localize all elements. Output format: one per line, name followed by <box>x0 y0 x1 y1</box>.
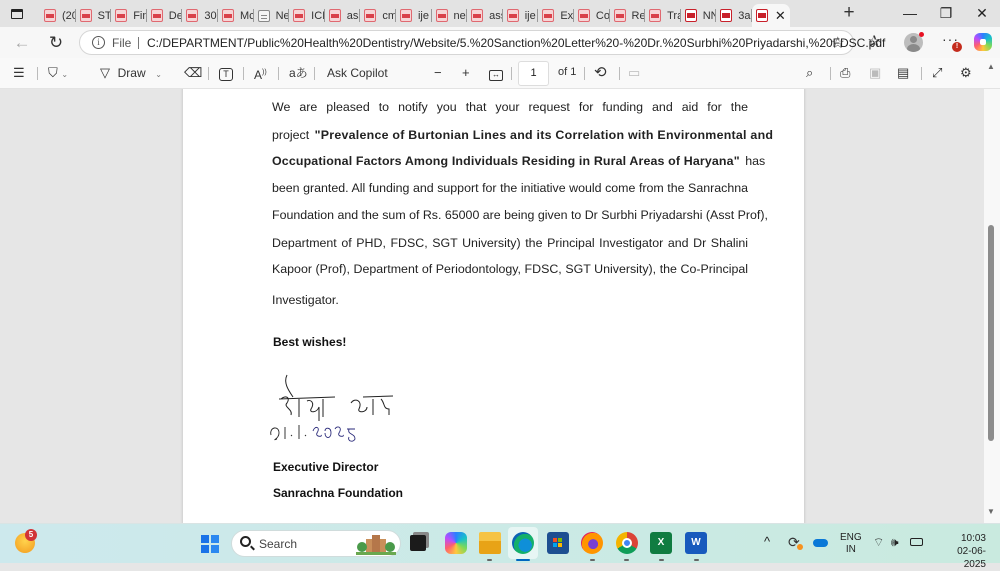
read-aloud-icon[interactable]: A)) <box>254 64 267 82</box>
zoom-in-button[interactable]: + <box>462 64 470 82</box>
pdf-icon <box>80 9 92 22</box>
find-search-icon[interactable]: ⌕ <box>806 64 813 82</box>
settings-gear-icon[interactable]: ⚙ <box>960 64 972 82</box>
draw-button[interactable]: ▽ Draw ⌄ <box>100 64 162 82</box>
browser-tab[interactable]: 30 <box>182 4 218 27</box>
new-tab-button[interactable]: + <box>838 2 860 24</box>
tab-title: ije <box>418 10 429 22</box>
letter-text: has <box>745 154 765 168</box>
tab-title: ije <box>525 10 536 22</box>
toolbar-divider <box>208 67 209 80</box>
back-button[interactable]: ← <box>10 31 34 55</box>
tab-title: Exl <box>560 10 574 22</box>
save-icon[interactable]: ▣ <box>869 64 881 82</box>
zoom-out-button[interactable]: − <box>434 64 442 82</box>
region-code: IN <box>840 544 862 556</box>
toolbar-divider <box>37 67 38 80</box>
closing-text: Best wishes! <box>273 335 346 349</box>
eraser-icon[interactable]: ⌫ <box>184 64 202 82</box>
pdf-icon <box>364 9 376 22</box>
word-icon[interactable]: W <box>685 532 707 554</box>
pdf-toolbar: ☰ ⛉ ⌄ ▽ Draw ⌄ ⌫ T A)) aあ Ask Copilot − … <box>0 58 1000 89</box>
pdf-icon <box>507 9 519 22</box>
browser-tab[interactable]: ICI <box>289 4 325 27</box>
minimize-button[interactable]: — <box>892 0 928 27</box>
tab-title: Mc <box>240 10 254 22</box>
tab-title: (20 <box>62 10 76 22</box>
pdf-icon <box>720 9 732 22</box>
browser-tab[interactable]: Co <box>574 4 610 27</box>
browser-tab[interactable]: De <box>147 4 183 27</box>
battery-charging-icon[interactable] <box>910 538 923 546</box>
clock-time: 10:03 <box>936 532 986 545</box>
save-as-icon[interactable]: ▤ <box>897 64 909 82</box>
page-count: of 1 <box>558 66 576 78</box>
close-window-button[interactable]: ✕ <box>964 0 1000 27</box>
pdf-icon <box>685 9 697 22</box>
handwritten-signature <box>263 369 423 459</box>
browser-tab-active[interactable]: ✕ <box>752 4 790 27</box>
pdf-viewer: We are pleased to notify you that your r… <box>0 89 1000 523</box>
scroll-down-arrow-icon[interactable]: ▼ <box>987 507 995 516</box>
chrome-icon[interactable] <box>616 532 638 554</box>
pdf-icon <box>542 9 554 22</box>
pdf-icon <box>578 9 590 22</box>
print-icon[interactable]: ⎙ <box>840 64 850 82</box>
pdf-icon <box>471 9 483 22</box>
firefox-icon[interactable] <box>581 532 603 554</box>
contents-list-icon[interactable]: ☰ <box>13 64 25 82</box>
active-app-indicator <box>516 559 530 561</box>
browser-tab[interactable]: ije <box>396 4 432 27</box>
highlight-button[interactable]: ⛉ ⌄ <box>48 64 68 82</box>
pdf-icon <box>293 9 305 22</box>
refresh-icon: ↻ <box>49 33 63 52</box>
tab-title: cm <box>382 10 396 22</box>
scrollbar-thumb[interactable] <box>988 225 994 441</box>
language-code: ENG <box>840 532 862 544</box>
taskbar-search-box[interactable]: Search <box>231 530 401 557</box>
volume-icon[interactable]: 🕪 <box>891 535 899 550</box>
page-number-input[interactable]: 1 <box>518 61 549 86</box>
tab-title: 30 <box>204 10 216 22</box>
pdf-icon <box>186 9 198 22</box>
browser-tab[interactable]: cm <box>360 4 396 27</box>
update-badge <box>797 544 803 550</box>
scheme-label: File <box>112 36 131 50</box>
back-arrow-icon: ← <box>14 33 31 52</box>
task-view-icon[interactable] <box>410 535 426 551</box>
toolbar-divider <box>921 67 922 80</box>
tab-title: ass <box>489 10 503 22</box>
navigation-bar: ← ↻ i File C:/DEPARTMENT/Public%20Health… <box>0 27 1000 58</box>
pdf-icon <box>115 9 127 22</box>
pdf-icon <box>436 9 448 22</box>
tab-actions-icon <box>11 9 23 19</box>
tab-title: 3a <box>738 10 750 22</box>
pdf-page: We are pleased to notify you that your r… <box>183 89 804 523</box>
letter-line: project "Prevalence of Burtonian Lines a… <box>272 128 748 142</box>
search-highlight-illustration-icon <box>356 533 396 555</box>
running-indicator <box>590 559 595 561</box>
pdf-icon <box>329 9 341 22</box>
site-info-icon[interactable]: i <box>92 36 105 49</box>
text-box-icon[interactable]: T <box>219 64 233 82</box>
webpage-icon <box>258 10 270 22</box>
browser-tab[interactable]: 3a <box>716 4 752 27</box>
tab-title: Re <box>632 10 646 22</box>
letter-line: Department of PHD, FDSC, SGT University)… <box>272 236 748 250</box>
url-text[interactable]: C:/DEPARTMENT/Public%20Health%20Dentistr… <box>147 36 885 50</box>
restore-button[interactable]: ❐ <box>928 0 964 27</box>
tab-title: ICI <box>311 10 325 22</box>
address-divider <box>138 37 139 49</box>
tab-title: ass <box>347 10 361 22</box>
pdf-icon <box>649 9 661 22</box>
microsoft-store-icon[interactable] <box>547 532 569 554</box>
weather-notification-badge: 5 <box>25 529 37 541</box>
browser-tab[interactable]: (20 <box>40 4 76 27</box>
pdf-icon <box>614 9 626 22</box>
signatory-title: Executive Director <box>273 460 378 474</box>
letter-line: Occupational Factors Among Individuals R… <box>272 154 748 168</box>
running-indicator <box>624 559 629 561</box>
pdf-icon <box>756 9 768 22</box>
letter-line: We are pleased to notify you that your r… <box>272 100 748 114</box>
tab-title: De <box>169 10 183 22</box>
toolbar-divider <box>584 67 585 80</box>
signatory-organization: Sanrachna Foundation <box>273 486 403 500</box>
browser-tab[interactable]: ass <box>467 4 503 27</box>
file-explorer-icon[interactable] <box>479 532 501 554</box>
tab-title: Ne <box>276 10 290 22</box>
letter-line: Investigator. <box>272 293 748 307</box>
refresh-button[interactable]: ↻ <box>44 31 68 55</box>
profile-notification-dot <box>919 32 924 37</box>
clock-date: 02-06-2025 <box>936 545 986 563</box>
toolbar-divider <box>830 67 831 80</box>
scroll-up-arrow-icon[interactable]: ▲ <box>987 62 995 71</box>
browser-tab[interactable]: ST! <box>76 4 112 27</box>
letter-line: Foundation and the sum of Rs. 65000 are … <box>272 208 748 222</box>
highlighter-icon: ⛉ <box>48 65 58 80</box>
browser-tab[interactable]: NN <box>681 4 717 27</box>
vertical-scrollbar[interactable]: ▼ <box>984 89 1000 523</box>
pen-icon: ▽ <box>100 65 110 80</box>
start-windows-icon[interactable] <box>201 535 219 553</box>
letter-line: Kapoor (Prof), Department of Periodontol… <box>272 262 748 276</box>
ask-copilot-button[interactable]: Ask Copilot <box>327 64 388 82</box>
browser-tab[interactable]: ass <box>325 4 361 27</box>
tab-title: NN <box>703 10 717 22</box>
running-indicator <box>659 559 664 561</box>
toolbar-divider <box>511 67 512 80</box>
tab-title: Co <box>596 10 610 22</box>
copilot-taskbar-icon[interactable] <box>445 532 467 554</box>
rotate-icon[interactable]: ⟲ <box>594 64 607 82</box>
onedrive-cloud-icon[interactable] <box>813 539 828 547</box>
pdf-icon <box>222 9 234 22</box>
tab-title: ST! <box>98 10 112 22</box>
browser-tab[interactable]: Tra <box>645 4 681 27</box>
clock[interactable]: 10:03 02-06-2025 <box>936 532 986 563</box>
copilot-icon[interactable] <box>974 33 992 51</box>
address-bar[interactable]: i File C:/DEPARTMENT/Public%20Health%20D… <box>79 30 854 55</box>
show-hidden-icons-chevron-icon[interactable]: ^ <box>764 534 770 549</box>
tab-actions-button[interactable] <box>8 5 26 23</box>
browser-tab[interactable]: ije <box>503 4 539 27</box>
letter-text: project <box>272 128 309 142</box>
tab-title: Tra <box>667 10 681 22</box>
browser-tab[interactable]: Fin <box>111 4 147 27</box>
wifi-icon[interactable]: ⌔ <box>873 535 884 550</box>
search-placeholder: Search <box>259 537 297 551</box>
running-indicator <box>487 559 492 561</box>
project-title: "Prevalence of Burtonian Lines and its C… <box>315 128 774 142</box>
running-indicator <box>694 559 699 561</box>
windows-taskbar: 5 Search X W ^ ⟳ <box>0 523 1000 563</box>
letter-line: been granted. All funding and support fo… <box>272 181 748 195</box>
more-badge: ! <box>952 42 962 52</box>
browser-tab-strip: (20ST!FinDe30McNeICIasscmijeneassijeExlC… <box>0 0 1000 27</box>
translate-icon[interactable]: aあ <box>289 64 308 82</box>
excel-icon[interactable]: X <box>650 532 672 554</box>
toolbar-divider <box>243 67 244 80</box>
tab-title: Fin <box>133 10 147 22</box>
edge-browser-icon[interactable] <box>512 532 534 554</box>
favorites-icon[interactable]: ✰ <box>868 32 881 50</box>
draw-label: Draw <box>118 66 146 80</box>
chevron-down-icon: ⌄ <box>61 70 68 79</box>
tab-list: (20ST!FinDe30McNeICIasscmijeneassijeExlC… <box>40 2 790 27</box>
pdf-icon <box>151 9 163 22</box>
browser-tab[interactable]: Ne <box>254 4 290 27</box>
tab-title: ne <box>454 10 466 22</box>
chevron-down-icon: ⌄ <box>155 70 162 79</box>
browser-tab[interactable]: Mc <box>218 4 254 27</box>
page-view-icon[interactable]: ▭ <box>628 64 640 82</box>
fullscreen-icon[interactable]: ⤢ <box>932 64 942 82</box>
add-favorite-star-icon[interactable]: ☆ <box>831 33 845 53</box>
browser-tab[interactable]: Exl <box>538 4 574 27</box>
browser-tab[interactable]: Re <box>610 4 646 27</box>
pdf-icon <box>44 9 56 22</box>
language-indicator[interactable]: ENG IN <box>840 532 862 556</box>
pdf-icon <box>400 9 412 22</box>
toolbar-divider <box>314 67 315 80</box>
toolbar-divider <box>619 67 620 80</box>
toolbar-divider <box>278 67 279 80</box>
browser-tab[interactable]: ne <box>432 4 468 27</box>
close-tab-icon[interactable]: ✕ <box>775 8 786 24</box>
fit-to-width-icon[interactable]: ↔ <box>489 64 503 82</box>
project-title: Occupational Factors Among Individuals R… <box>272 154 740 168</box>
search-icon <box>240 536 251 547</box>
